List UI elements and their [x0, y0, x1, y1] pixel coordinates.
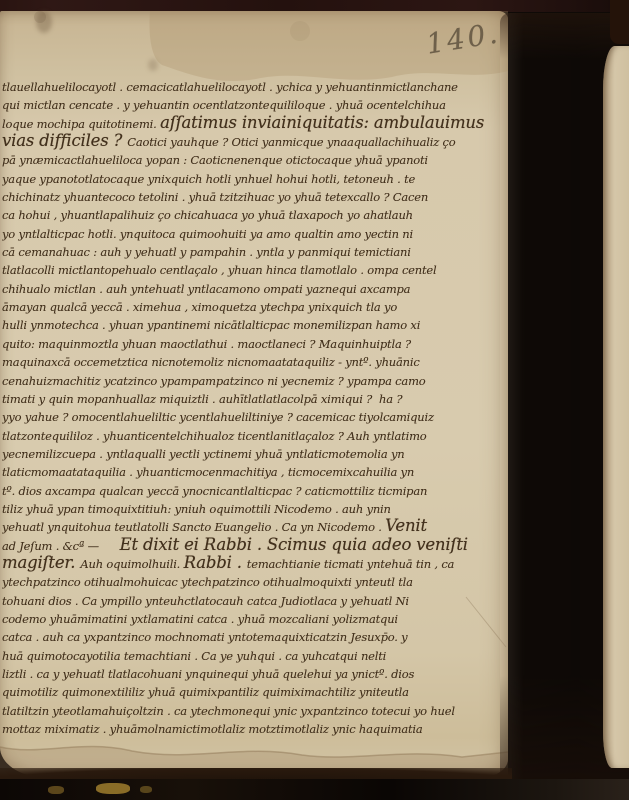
manuscript-text-segment: maquinaxcā occemetztica nicnotemoliz nic…	[2, 355, 420, 369]
manuscript-text-segment: tlatzontequililoz . yhuanticentelchihual…	[2, 429, 427, 443]
manuscript-line: quito: maquinmoztla yhuan maoctlathui . …	[2, 334, 506, 352]
manuscript-text-segment: tlauellahuelilocayotl . cemacicatlahueli…	[2, 80, 458, 94]
manuscript-text-segment: cenahuizmachitiz ycatzinco ypampampatzin…	[2, 374, 426, 388]
manuscript-line: chihualo mictlan . auh yntehuatl yntlaca…	[2, 279, 506, 297]
manuscript-line: loque mochipa quitotinemi. aſſatimus inv…	[2, 114, 506, 132]
manuscript-text-segment: chihualo mictlan . auh yntehuatl yntlaca…	[2, 282, 410, 296]
manuscript-text-segment: Auh oquimolhuili.	[80, 557, 183, 571]
manuscript-text-segment: yehuatl ynquitohua teutlatolli Sancto Eu…	[2, 520, 385, 534]
manuscript-text-segment: tlatlacolli mictlantopehualo centlaçalo …	[2, 263, 437, 277]
manuscript-line: quimotiliz quimonextililiz yhuā quimixpa…	[2, 682, 506, 700]
manuscript-line: ytechpatzinco otihualmohuicac ytechpatzi…	[2, 572, 506, 590]
manuscript-line: yehuatl ynquitohua teutlatolli Sancto Eu…	[2, 517, 506, 535]
manuscript-text-segment: yecnemilizcuepa . yntlaqualli yectli yct…	[2, 447, 405, 461]
ink-smudge	[36, 11, 52, 33]
manuscript-text-segment: ytechpatzinco otihualmohuicac ytechpatzi…	[2, 575, 413, 589]
manuscript-line: tlatiltzin yteotlamahuiçoltzin . ca ytec…	[2, 701, 506, 719]
manuscript-line: yo yntlalticpac hotli. ynquitoca quimooh…	[2, 224, 506, 242]
manuscript-line: huā quimotocayotilia temachtiani . Ca ye…	[2, 646, 506, 664]
manuscript-line: cā cemanahuac : auh y yehuatl y pampahin…	[2, 242, 506, 260]
manuscript-line: cenahuizmachitiz ycatzinco ypampampatzin…	[2, 371, 506, 389]
manuscript-line: āmayan qualcā yeccā . ximehua , ximoquet…	[2, 297, 506, 315]
manuscript-text-segment: huā quimotocayotilia temachtiani . Ca ye…	[2, 649, 386, 663]
manuscript-line: tohuani dios . Ca ympillo ynteuhctlatoca…	[2, 591, 506, 609]
manuscript-line: mottaz miximatiz . yhuāmolnamictimotlali…	[2, 719, 506, 737]
manuscript-line: tlaticmomaatataquilia . yhuanticmocenmac…	[2, 462, 506, 480]
manuscript-text-segment: mottaz miximatiz . yhuāmolnamictimotlali…	[2, 722, 423, 736]
manuscript-text-segment: āmayan qualcā yeccā . ximehua , ximoquet…	[2, 300, 397, 314]
manuscript-page: tlauellahuelilocayotl . cemacicatlahueli…	[0, 11, 508, 777]
ink-smudge	[148, 59, 158, 71]
manuscript-line: qui mictlan cencate . y yehuantin ocentl…	[2, 95, 506, 113]
manuscript-text-segment: Caotici yauhque ? Otici yanmicque ynaaqu…	[127, 135, 455, 149]
manuscript-text-segment: vias difficiles ?	[2, 131, 127, 150]
manuscript-text-segment: aſſatimus inviainiquitatis: ambulauimus	[160, 113, 484, 132]
manuscript-text-segment: magiſter.	[2, 553, 80, 572]
manuscript-line: tlatlacolli mictlantopehualo centlaçalo …	[2, 260, 506, 278]
manuscript-text-segment: ca hohui , yhuantlapalihuiz ço chicahuac…	[2, 208, 413, 222]
manuscript-text-segment: quito: maquinmoztla yhuan maoctlathui . …	[2, 337, 411, 351]
manuscript-line: codemo yhuāmimatini yxtlamatini catca . …	[2, 609, 506, 627]
manuscript-line: ad Jeſum . &cª — Et dixit ei Rabbi . Sci…	[2, 536, 506, 554]
protruding-leaf-edge	[603, 46, 629, 768]
manuscript-text-segment: tlatiltzin yteotlamahuiçoltzin . ca ytec…	[2, 704, 455, 718]
manuscript-text-segment: yyo yahue ? omocentlahueliltic ycentlahu…	[2, 410, 434, 424]
manuscript-text-segment: Rabbi .	[184, 553, 247, 572]
manuscript-text-segment: catca . auh ca yxpantzinco mochnomati yn…	[2, 630, 407, 644]
manuscript-line: tlauellahuelilocayotl . cemacicatlahueli…	[2, 77, 506, 95]
gilt-fragment	[96, 783, 130, 794]
manuscript-line: tlatzontequililoz . yhuanticentelchihual…	[2, 426, 506, 444]
manuscript-line: yecnemilizcuepa . yntlaqualli yectli yct…	[2, 444, 506, 462]
manuscript-photo: tlauellahuelilocayotl . cemacicatlahueli…	[0, 0, 629, 800]
manuscript-text-segment: qui mictlan cencate . y yehuantin ocentl…	[2, 98, 446, 112]
manuscript-line: timati y quin mopanhuallaz miquiztli . a…	[2, 389, 506, 407]
manuscript-line: vias difficiles ? Caotici yauhque ? Otic…	[2, 132, 506, 150]
manuscript-text-segment: tlaticmomaatataquilia . yhuanticmocenmac…	[2, 465, 414, 479]
manuscript-line: magiſter. Auh oquimolhuili. Rabbi . tema…	[2, 554, 506, 572]
manuscript-line: tiliz yhuā ypan timoquixtitiuh: yniuh oq…	[2, 499, 506, 517]
manuscript-text-segment: pā ynæmicactlahueliloca yopan : Caoticne…	[2, 153, 428, 167]
manuscript-text-segment: Et dixit ei Rabbi . Scimus quia adeo ven…	[120, 535, 468, 554]
manuscript-line: yyo yahue ? omocentlahueliltic ycentlahu…	[2, 407, 506, 425]
manuscript-line: yaque ypanototlatocaque ynixquich hotli …	[2, 169, 506, 187]
manuscript-line: hulli ynmotechca . yhuan ypantinemi nicā…	[2, 315, 506, 333]
manuscript-text-segment: codemo yhuāmimatini yxtlamatini catca . …	[2, 612, 398, 626]
manuscript-text-segment: timati y quin mopanhuallaz miquiztli . a…	[2, 392, 402, 406]
manuscript-text-segment: chichinatz yhuantecoco tetolini . yhuā t…	[2, 190, 428, 204]
manuscript-text-segment: tº. dios axcampa qualcan yeccā ynocnican…	[2, 484, 427, 498]
gilt-fragment	[140, 786, 152, 793]
binding-corner	[610, 0, 629, 44]
manuscript-line: liztli . ca y yehuatl tlatlacohuani ynqu…	[2, 664, 506, 682]
manuscript-text-segment: tiliz yhuā ypan timoquixtitiuh: yniuh oq…	[2, 502, 391, 516]
manuscript-line: catca . auh ca yxpantzinco mochnomati yn…	[2, 627, 506, 645]
manuscript-text-segment: Venit	[385, 516, 427, 535]
manuscript-line: ca hohui , yhuantlapalihuiz ço chicahuac…	[2, 205, 506, 223]
manuscript-text-segment: liztli . ca y yehuatl tlatlacohuani ynqu…	[2, 667, 414, 681]
manuscript-line: tº. dios axcampa qualcan yeccā ynocnican…	[2, 481, 506, 499]
manuscript-text-segment: cā cemanahuac : auh y yehuatl y pampahin…	[2, 245, 411, 259]
manuscript-text-segment: loque mochipa quitotinemi.	[2, 117, 160, 131]
manuscript-text-segment: yaque ypanototlatocaque ynixquich hotli …	[2, 172, 415, 186]
binding-bottom-edge	[0, 779, 629, 800]
manuscript-line: chichinatz yhuantecoco tetolini . yhuā t…	[2, 187, 506, 205]
text-block: tlauellahuelilocayotl . cemacicatlahueli…	[2, 77, 506, 745]
manuscript-line: maquinaxcā occemetztica nicnotemoliz nic…	[2, 352, 506, 370]
manuscript-line: pā ynæmicactlahueliloca yopan : Caoticne…	[2, 150, 506, 168]
manuscript-text-segment: temachtianie ticmati yntehuā tin , ca	[247, 557, 454, 571]
manuscript-text-segment: yo yntlalticpac hotli. ynquitoca quimooh…	[2, 227, 413, 241]
manuscript-text-segment: quimotiliz quimonextililiz yhuā quimixpa…	[2, 685, 409, 699]
gilt-fragment	[48, 786, 64, 794]
manuscript-text-segment: hulli ynmotechca . yhuan ypantinemi nicā…	[2, 318, 420, 332]
manuscript-text-segment: tohuani dios . Ca ympillo ynteuhctlatoca…	[2, 594, 409, 608]
manuscript-text-segment: ad Jeſum . &cª —	[2, 539, 120, 553]
